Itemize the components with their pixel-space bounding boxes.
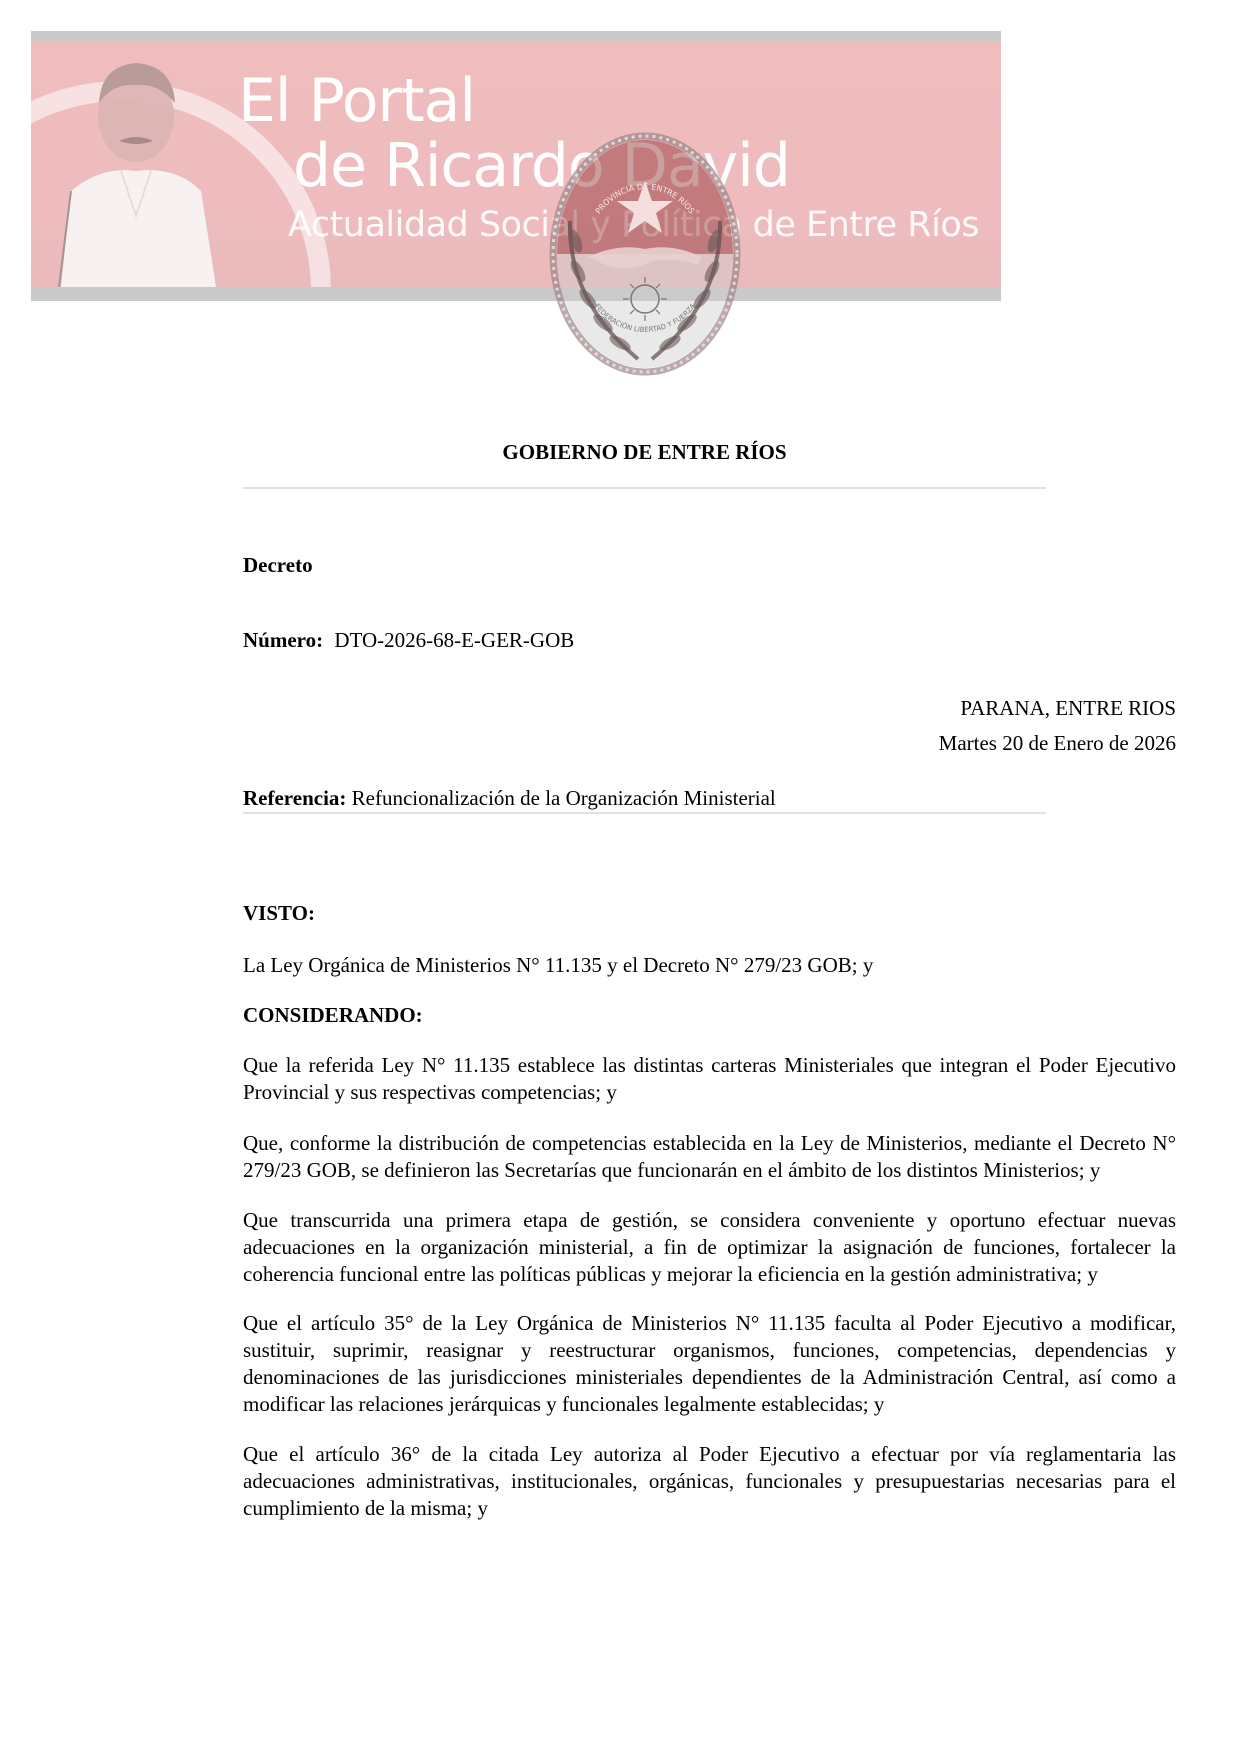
document-date: Martes 20 de Enero de 2026 — [939, 730, 1176, 757]
document-type: Decreto — [243, 552, 313, 579]
document-reference-label: Referencia: — [243, 786, 346, 810]
banner-title-line1: El Portal — [238, 66, 475, 136]
government-title: GOBIERNO DE ENTRE RÍOS — [243, 440, 1046, 464]
considerando-paragraph: Que el artículo 36° de la citada Ley aut… — [243, 1441, 1176, 1522]
coat-of-arms-icon: PROVINCIA DE ENTRE RÍOS FEDERACIÓN LIBER… — [548, 131, 742, 377]
portal-banner: El Portal de Ricardo David Actualidad So… — [31, 31, 1001, 301]
document-reference-row: Referencia: Refuncionalización de la Org… — [243, 785, 776, 812]
banner-background: El Portal de Ricardo David Actualidad So… — [31, 41, 1001, 287]
considerando-heading: CONSIDERANDO: — [243, 1002, 423, 1029]
document-number-label: Número: — [243, 628, 323, 652]
considerando-paragraph: Que, conforme la distribución de compete… — [243, 1130, 1176, 1184]
document-number-value: DTO-2026-68-E-GER-GOB — [334, 628, 574, 652]
document-place: PARANA, ENTRE RIOS — [960, 695, 1176, 722]
title-divider — [243, 487, 1046, 489]
document-number-row: Número: DTO-2026-68-E-GER-GOB — [243, 627, 574, 654]
portrait-photo — [41, 41, 241, 287]
reference-divider — [243, 812, 1046, 814]
considerando-paragraph: Que el artículo 35° de la Ley Orgánica d… — [243, 1310, 1176, 1418]
considerando-paragraph: Que la referida Ley N° 11.135 establece … — [243, 1052, 1176, 1106]
visto-text: La Ley Orgánica de Ministerios N° 11.135… — [243, 952, 873, 979]
visto-heading: VISTO: — [243, 900, 315, 927]
considerando-paragraph: Que transcurrida una primera etapa de ge… — [243, 1207, 1176, 1288]
document-reference-value: Refuncionalización de la Organización Mi… — [352, 786, 776, 810]
